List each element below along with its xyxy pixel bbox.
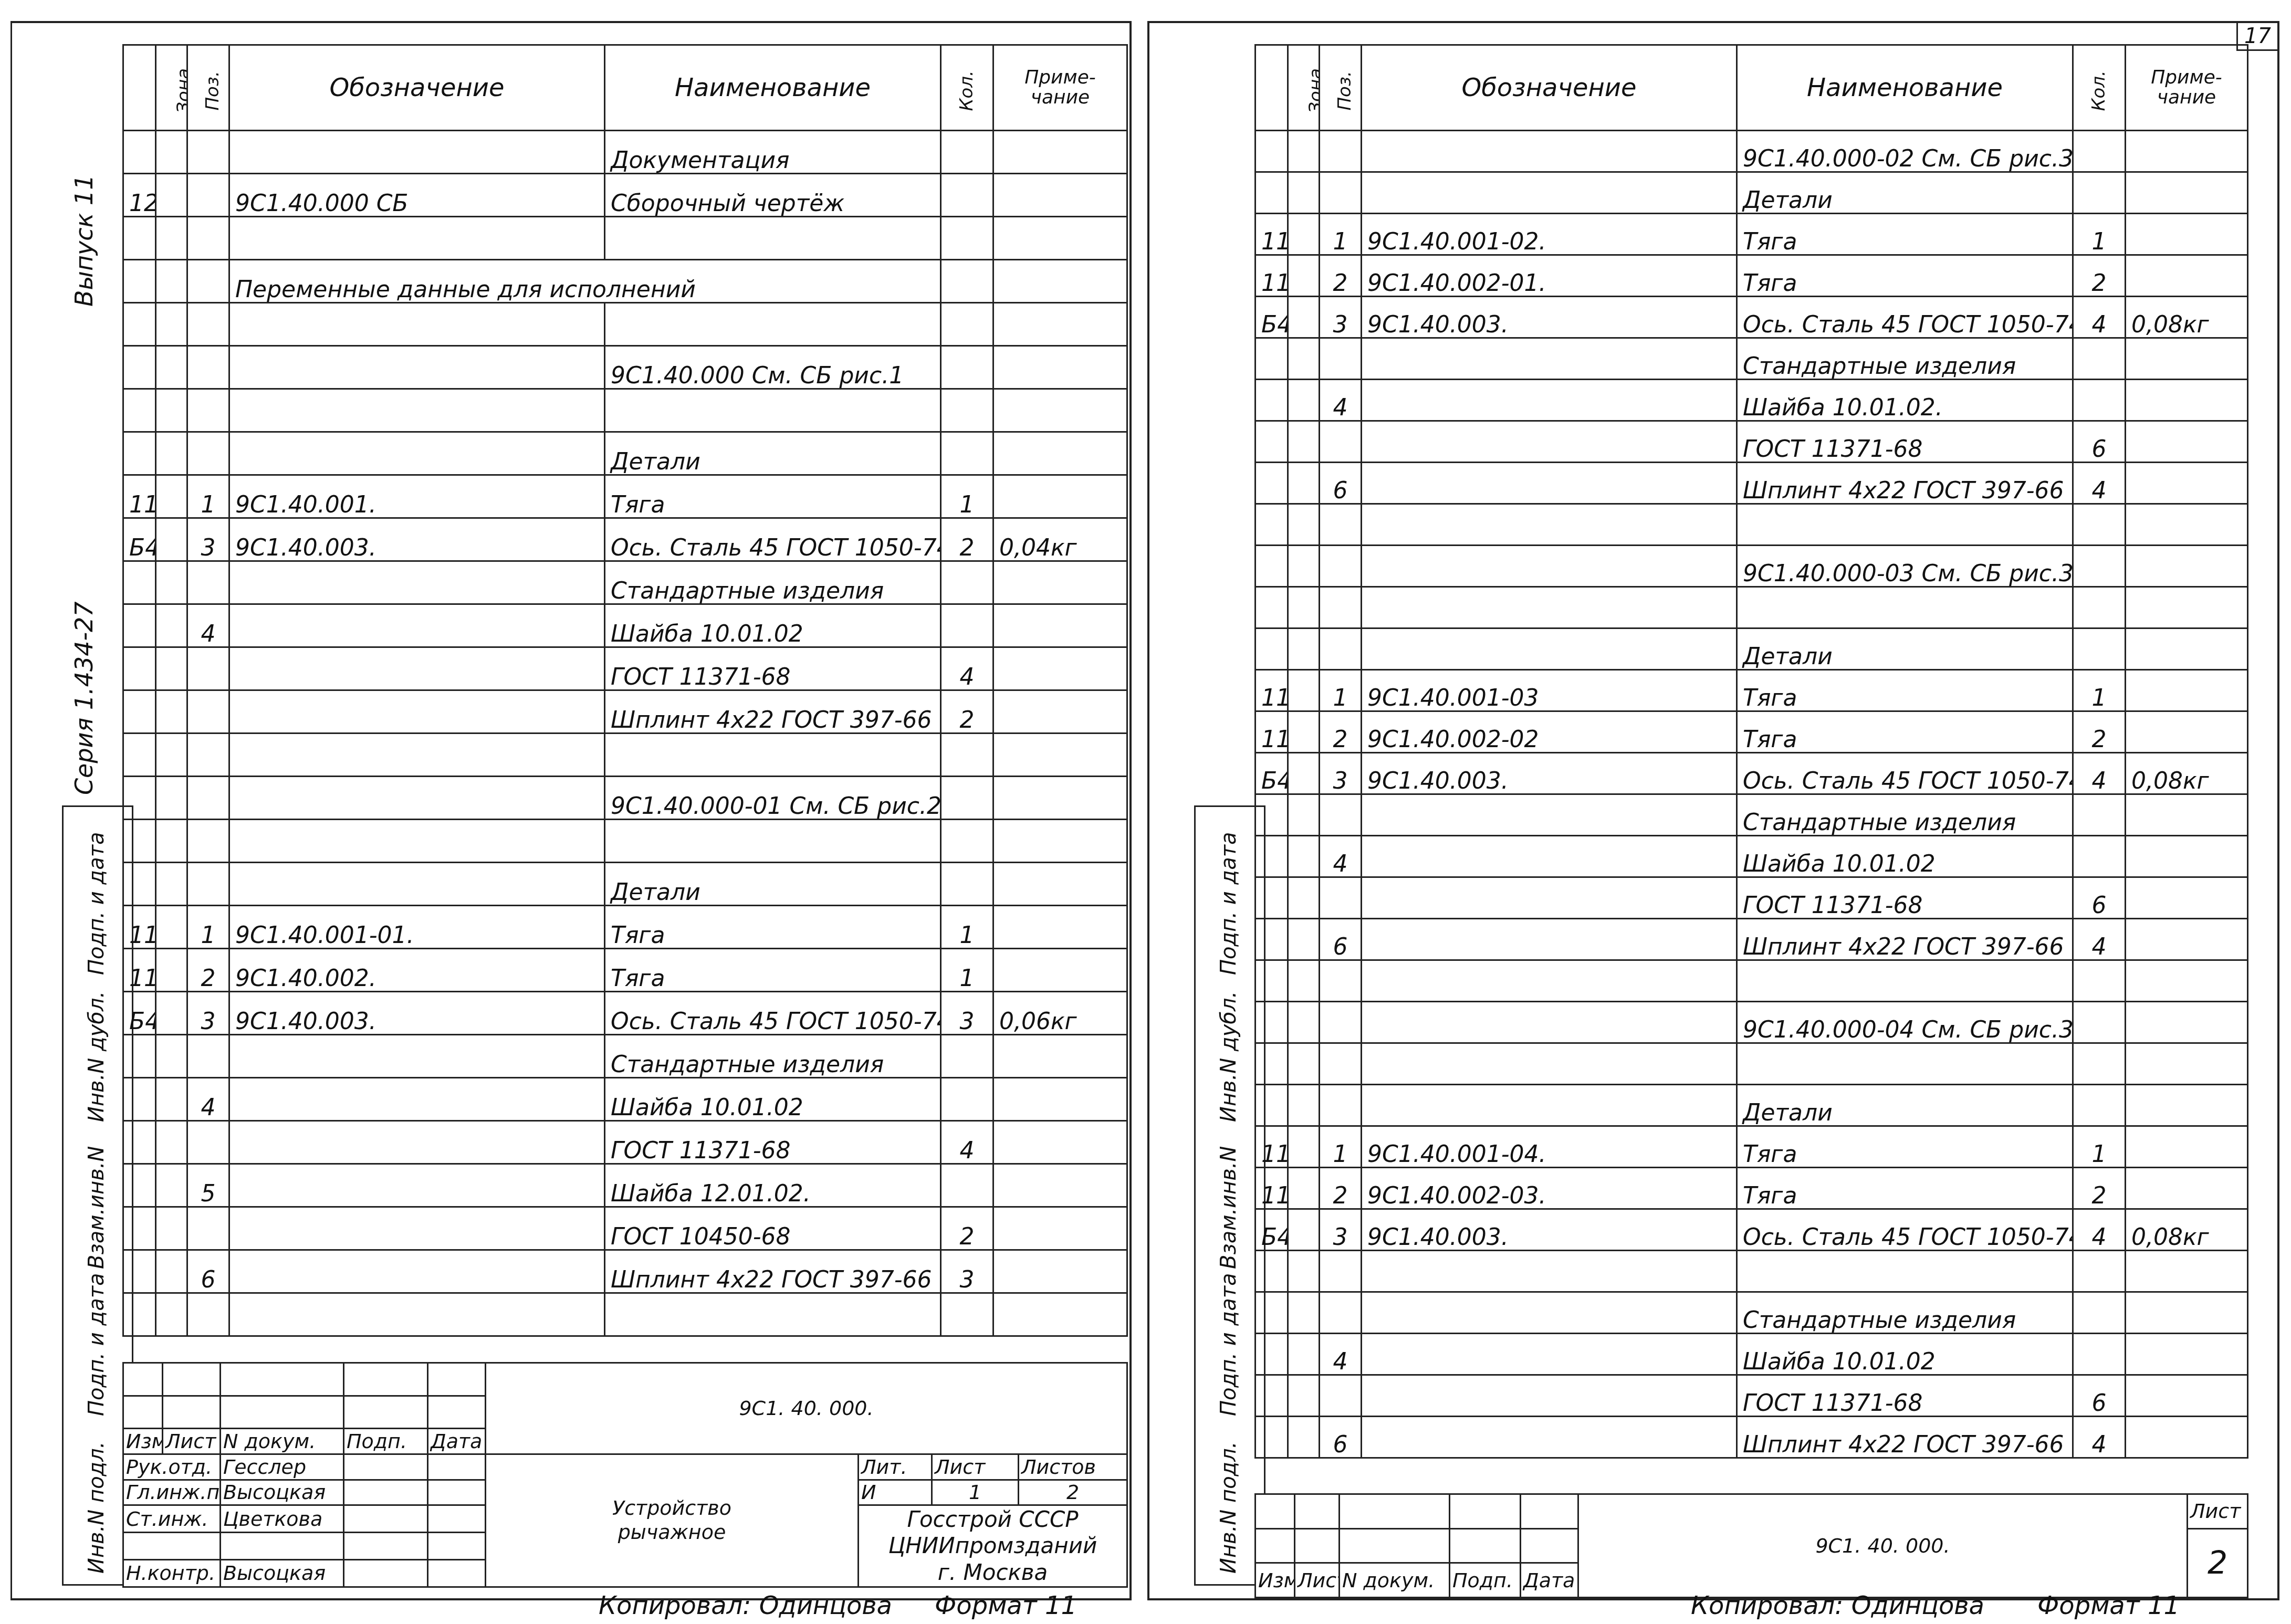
cell-format	[1256, 587, 1288, 628]
table-row: ГОСТ 11371-684	[123, 647, 1127, 690]
cell-format	[1256, 1417, 1288, 1458]
cell-name: Шайба 10.01.02	[1737, 1334, 2073, 1375]
cell-zone	[1288, 1168, 1320, 1209]
table-row: Документация	[123, 131, 1127, 174]
cell-qty: 1	[2073, 670, 2126, 711]
cell-zone	[1288, 1417, 1320, 1458]
cell-designation	[1362, 1334, 1737, 1375]
cell-note	[993, 131, 1127, 174]
cell-designation	[1362, 919, 1737, 960]
cell-zone	[1288, 255, 1320, 297]
cell-qty	[2073, 546, 2126, 587]
cell-qty	[941, 1078, 993, 1121]
cell-note	[2126, 338, 2248, 380]
table-row: Детали	[123, 863, 1127, 906]
cell-zone	[156, 475, 187, 518]
cell-note	[993, 217, 1127, 260]
cell-note	[993, 1293, 1127, 1336]
signer-name: Высоцкая	[221, 1559, 344, 1587]
cell-zone	[1288, 960, 1320, 1002]
table-row: 1129С1.40.002-02Тяга2	[1256, 711, 2248, 753]
cell-format	[1256, 1085, 1288, 1126]
cell-name: Ось. Сталь 45 ГОСТ 1050-74	[605, 518, 941, 561]
cell-qty	[941, 561, 993, 604]
cell-zone	[156, 260, 187, 303]
cell-name: Тяга	[1737, 255, 2073, 297]
cell-designation	[229, 1293, 605, 1336]
cell-qty: 6	[2073, 1375, 2126, 1417]
signer-role: Ст.инж.	[123, 1505, 221, 1533]
cell-designation: 9С1.40.003.	[1362, 753, 1737, 794]
cell-pos: 1	[187, 475, 229, 518]
cell-zone	[156, 1035, 187, 1078]
cell-pos	[1320, 587, 1362, 628]
cell-pos	[1320, 628, 1362, 670]
cell-note: 0,08кг	[2126, 1209, 2248, 1251]
cell-pos	[187, 303, 229, 346]
document-number: 9С1. 40. 000.	[1578, 1494, 2188, 1598]
table-row: Б439С1.40.003.Ось. Сталь 45 ГОСТ 1050-74…	[123, 992, 1127, 1035]
sheets-label: Листов	[1019, 1454, 1127, 1480]
cell-qty: 4	[2073, 1417, 2126, 1458]
cell-name: Детали	[1737, 628, 2073, 670]
cell-format	[123, 260, 156, 303]
cell-designation	[1362, 131, 1737, 172]
cell-note	[2126, 877, 2248, 919]
cell-zone	[156, 303, 187, 346]
cell-zone	[156, 1293, 187, 1336]
specification-table-right: Формат Зона Поз. Обозначение Наименовани…	[1254, 44, 2248, 1459]
cell-qty	[2073, 836, 2126, 877]
cell-note: 0,06кг	[993, 992, 1127, 1035]
cell-name: Шплинт 4х22 ГОСТ 397-66	[605, 1250, 941, 1293]
cell-pos	[187, 690, 229, 734]
cell-format: 11	[123, 475, 156, 518]
header-pos: Поз.	[187, 45, 229, 131]
cell-zone	[156, 906, 187, 949]
cell-designation	[229, 1250, 605, 1293]
cell-pos: 2	[1320, 255, 1362, 297]
table-row: 1119С1.40.001-04.Тяга1	[1256, 1126, 2248, 1168]
cell-pos	[187, 647, 229, 690]
cell-pos	[187, 561, 229, 604]
cell-qty: 1	[2073, 214, 2126, 255]
cell-designation	[229, 1207, 605, 1250]
cell-note	[993, 949, 1127, 992]
cell-format	[123, 1078, 156, 1121]
table-row: 9С1.40.000-03 См. СБ рис.3	[1256, 546, 2248, 587]
cell-zone	[1288, 1002, 1320, 1043]
rev-header: Подп.	[344, 1429, 428, 1454]
cell-designation	[1362, 877, 1737, 919]
cell-name: Тяга	[1737, 1126, 2073, 1168]
cell-zone	[156, 518, 187, 561]
cell-note	[2126, 1043, 2248, 1085]
cell-pos	[187, 820, 229, 863]
cell-name: Ось. Сталь 45 ГОСТ 1050-74	[1737, 753, 2073, 794]
cell-pos	[187, 1207, 229, 1250]
cell-pos	[187, 217, 229, 260]
table-row: 6Шплинт 4х22 ГОСТ 397-663	[123, 1250, 1127, 1293]
cell-pos	[1320, 421, 1362, 463]
cell-name: ГОСТ 10450-68	[605, 1207, 941, 1250]
table-row: 4Шайба 10.01.02	[123, 1078, 1127, 1121]
cell-note	[2126, 463, 2248, 504]
cell-name	[605, 1293, 941, 1336]
rev-header: Дата	[1521, 1563, 1578, 1598]
cell-name: Детали	[1737, 172, 2073, 214]
cell-pos	[187, 432, 229, 475]
cell-qty	[2073, 1292, 2126, 1334]
cell-name: 9С1.40.000-03 См. СБ рис.3	[1737, 546, 2073, 587]
header-format: Формат	[1256, 45, 1288, 131]
cell-format	[1256, 628, 1288, 670]
table-row: Шплинт 4х22 ГОСТ 397-662	[123, 690, 1127, 734]
table-row: Б439С1.40.003.Ось. Сталь 45 ГОСТ 1050-74…	[1256, 297, 2248, 338]
cell-name: Ось. Сталь 45 ГОСТ 1050-74	[1737, 1209, 2073, 1251]
footer-format-left: Формат 11	[935, 1591, 1077, 1620]
cell-note	[2126, 131, 2248, 172]
cell-pos: 2	[187, 949, 229, 992]
cell-format	[1256, 1002, 1288, 1043]
cell-note	[2126, 1168, 2248, 1209]
footer-copied-left: Копировал: Одинцова	[599, 1591, 892, 1620]
cell-note	[993, 820, 1127, 863]
cell-pos	[1320, 546, 1362, 587]
cell-name: ГОСТ 11371-68	[1737, 1375, 2073, 1417]
cell-format: 11	[123, 906, 156, 949]
table-row: Переменные данные для исполнений	[123, 260, 1127, 303]
cell-designation	[229, 131, 605, 174]
cell-pos: 4	[187, 604, 229, 647]
cell-pos	[187, 777, 229, 820]
cell-zone	[1288, 546, 1320, 587]
cell-designation: 9С1.40.001-04.	[1362, 1126, 1737, 1168]
cell-zone	[1288, 794, 1320, 836]
cell-designation	[1362, 587, 1737, 628]
cell-zone	[1288, 753, 1320, 794]
cell-format	[123, 389, 156, 432]
cell-zone	[1288, 919, 1320, 960]
cell-name	[1737, 587, 2073, 628]
cell-qty: 3	[941, 992, 993, 1035]
cell-format	[123, 131, 156, 174]
cell-note: 0,08кг	[2126, 297, 2248, 338]
cell-format	[1256, 172, 1288, 214]
cell-designation	[1362, 380, 1737, 421]
cell-format	[1256, 877, 1288, 919]
cell-zone	[156, 992, 187, 1035]
cell-pos: 1	[1320, 670, 1362, 711]
cell-designation: 9С1.40.003.	[229, 518, 605, 561]
table-row: Стандартные изделия	[123, 1035, 1127, 1078]
table-row: Б439С1.40.003.Ось. Сталь 45 ГОСТ 1050-74…	[123, 518, 1127, 561]
cell-name: Тяга	[1737, 711, 2073, 753]
cell-name: Шайба 10.01.02	[1737, 836, 2073, 877]
table-row	[1256, 587, 2248, 628]
cell-zone	[1288, 214, 1320, 255]
cell-format	[123, 863, 156, 906]
cell-format: 11	[1256, 255, 1288, 297]
table-row: ГОСТ 11371-686	[1256, 421, 2248, 463]
header-designation: Обозначение	[229, 45, 605, 131]
cell-note	[2126, 670, 2248, 711]
cell-format	[1256, 794, 1288, 836]
signer-name: Гесслер	[221, 1454, 344, 1480]
cell-pos: 4	[1320, 380, 1362, 421]
stamp-label: Инв.N подл.	[1217, 1441, 1241, 1574]
cell-format	[123, 1207, 156, 1250]
cell-designation	[1362, 794, 1737, 836]
cell-pos: 4	[1320, 1334, 1362, 1375]
cell-zone	[1288, 172, 1320, 214]
cell-zone	[156, 647, 187, 690]
cell-format	[1256, 338, 1288, 380]
cell-format	[1256, 960, 1288, 1002]
cell-qty	[2073, 587, 2126, 628]
cell-designation	[1362, 1251, 1737, 1292]
cell-name	[1737, 1043, 2073, 1085]
cell-pos	[187, 260, 229, 303]
cell-note	[2126, 587, 2248, 628]
cell-qty: 6	[2073, 421, 2126, 463]
cell-note	[2126, 172, 2248, 214]
table-row: 9С1.40.000 См. СБ рис.1	[123, 346, 1127, 389]
cell-designation	[1362, 836, 1737, 877]
cell-format	[1256, 380, 1288, 421]
cell-qty	[941, 1035, 993, 1078]
cell-zone	[1288, 711, 1320, 753]
cell-format: Б4	[1256, 1209, 1288, 1251]
cell-designation	[1362, 338, 1737, 380]
table-row: 6Шплинт 4х22 ГОСТ 397-664	[1256, 919, 2248, 960]
cell-pos	[1320, 794, 1362, 836]
cell-pos	[187, 174, 229, 217]
table-row: 6Шплинт 4х22 ГОСТ 397-664	[1256, 463, 2248, 504]
cell-qty	[941, 777, 993, 820]
cell-format: 11	[1256, 1168, 1288, 1209]
cell-note	[2126, 836, 2248, 877]
cell-qty: 1	[941, 906, 993, 949]
lit-label: Лит.	[859, 1454, 932, 1480]
footer-copied-right: Копировал: Одинцова	[1691, 1591, 1984, 1620]
cell-note	[993, 1207, 1127, 1250]
cell-zone	[156, 734, 187, 777]
table-row: Детали	[1256, 172, 2248, 214]
cell-zone	[156, 561, 187, 604]
cell-designation	[1362, 1417, 1737, 1458]
header-note: Приме-чание	[993, 45, 1127, 131]
table-row	[1256, 504, 2248, 546]
rev-header: N докум.	[221, 1429, 344, 1454]
cell-note	[993, 647, 1127, 690]
cell-name: Тяга	[605, 949, 941, 992]
cell-pos	[187, 346, 229, 389]
table-row	[1256, 1251, 2248, 1292]
cell-designation: 9С1.40.001-03	[1362, 670, 1737, 711]
cell-pos: 3	[187, 518, 229, 561]
cell-format	[1256, 463, 1288, 504]
table-row	[1256, 960, 2248, 1002]
cell-qty: 2	[941, 690, 993, 734]
cell-zone	[1288, 131, 1320, 172]
header-name: Наименование	[605, 45, 941, 131]
sheet-right: 17 Подп. и дата Инв.N дубл. Взам.инв.N П…	[1147, 21, 2279, 1600]
cell-qty	[941, 432, 993, 475]
cell-qty	[2073, 794, 2126, 836]
rev-header: Изм.	[1256, 1563, 1295, 1598]
cell-pos	[1320, 1043, 1362, 1085]
cell-format	[123, 1164, 156, 1207]
cell-qty: 2	[2073, 711, 2126, 753]
cell-designation	[229, 1035, 605, 1078]
table-row: 9С1.40.000-02 См. СБ рис.3	[1256, 131, 2248, 172]
cell-pos: 6	[1320, 1417, 1362, 1458]
cell-qty	[941, 734, 993, 777]
cell-qty	[941, 217, 993, 260]
cell-note	[993, 1078, 1127, 1121]
cell-format: 11	[1256, 711, 1288, 753]
organization: Госстрой СССРЦНИИпромзданийг. Москва	[859, 1505, 1127, 1587]
cell-zone	[156, 346, 187, 389]
title-block-right: 9С1. 40. 000. Лист 2 Изм. Лист N докум. …	[1254, 1493, 2248, 1598]
table-row: 1119С1.40.001-03Тяга1	[1256, 670, 2248, 711]
cell-format	[123, 303, 156, 346]
cell-designation	[1362, 960, 1737, 1002]
cell-designation: 9С1.40.002-01.	[1362, 255, 1737, 297]
cell-name: ГОСТ 11371-68	[605, 1121, 941, 1164]
header-pos: Поз.	[1320, 45, 1362, 131]
cell-designation	[229, 1121, 605, 1164]
cell-format	[123, 777, 156, 820]
cell-zone	[1288, 587, 1320, 628]
table-row: 1119С1.40.001-02.Тяга1	[1256, 214, 2248, 255]
rev-header: Дата	[428, 1429, 486, 1454]
cell-note	[2126, 1292, 2248, 1334]
cell-name: Тяга	[605, 906, 941, 949]
table-row: ГОСТ 11371-686	[1256, 1375, 2248, 1417]
table-row: Детали	[1256, 1085, 2248, 1126]
cell-qty: 3	[941, 1250, 993, 1293]
cell-pos: 4	[187, 1078, 229, 1121]
cell-designation	[229, 217, 605, 260]
cell-name: Документация	[605, 131, 941, 174]
cell-pos: 6	[1320, 919, 1362, 960]
cell-note	[993, 863, 1127, 906]
cell-qty	[2073, 504, 2126, 546]
cell-pos: 6	[1320, 463, 1362, 504]
cell-name: Стандартные изделия	[605, 561, 941, 604]
cell-zone	[156, 432, 187, 475]
cell-qty	[941, 260, 993, 303]
cell-name: Шайба 10.01.02	[605, 604, 941, 647]
cell-qty	[941, 346, 993, 389]
cell-name: Шплинт 4х22 ГОСТ 397-66	[605, 690, 941, 734]
cell-note	[993, 561, 1127, 604]
cell-zone	[156, 1250, 187, 1293]
table-row	[123, 820, 1127, 863]
cell-qty: 2	[2073, 255, 2126, 297]
cell-pos	[1320, 1085, 1362, 1126]
cell-note	[993, 777, 1127, 820]
cell-note	[2126, 1002, 2248, 1043]
cell-zone	[156, 1121, 187, 1164]
cell-pos	[1320, 877, 1362, 919]
table-row: ГОСТ 11371-686	[1256, 877, 2248, 919]
cell-format: 12	[123, 174, 156, 217]
cell-zone	[156, 690, 187, 734]
cell-note: 0,04кг	[993, 518, 1127, 561]
cell-qty	[941, 863, 993, 906]
signer-role: Н.контр.	[123, 1559, 221, 1587]
cell-designation: 9С1.40.002.	[229, 949, 605, 992]
cell-designation	[1362, 1292, 1737, 1334]
cell-name: 9С1.40.000-02 См. СБ рис.3	[1737, 131, 2073, 172]
cell-pos: 1	[187, 906, 229, 949]
cell-note	[2126, 1251, 2248, 1292]
cell-qty: 2	[941, 1207, 993, 1250]
cell-zone	[1288, 463, 1320, 504]
table-row: Стандартные изделия	[123, 561, 1127, 604]
cell-designation	[1362, 628, 1737, 670]
cell-format	[123, 647, 156, 690]
cell-note	[2126, 1085, 2248, 1126]
cell-note	[2126, 960, 2248, 1002]
cell-zone	[156, 604, 187, 647]
cell-pos: 3	[1320, 297, 1362, 338]
cell-format	[123, 1035, 156, 1078]
cell-name	[1737, 960, 2073, 1002]
cell-designation	[229, 346, 605, 389]
cell-pos	[1320, 172, 1362, 214]
table-row: 1129С1.40.002-01.Тяга2	[1256, 255, 2248, 297]
cell-name	[605, 734, 941, 777]
cell-name: 9С1.40.000-01 См. СБ рис.2	[605, 777, 941, 820]
cell-designation	[229, 1078, 605, 1121]
table-row: 9С1.40.000-04 См. СБ рис.3	[1256, 1002, 2248, 1043]
stamp-label: Взам.инв.N	[1217, 1146, 1241, 1269]
cell-name	[1737, 504, 2073, 546]
cell-pos: 4	[1320, 836, 1362, 877]
cell-note	[993, 475, 1127, 518]
cell-zone	[156, 949, 187, 992]
cell-qty	[2073, 338, 2126, 380]
cell-name: Стандартные изделия	[605, 1035, 941, 1078]
cell-pos	[187, 863, 229, 906]
table-row: 1129С1.40.002-03.Тяга2	[1256, 1168, 2248, 1209]
cell-note	[993, 1250, 1127, 1293]
cell-qty: 4	[2073, 463, 2126, 504]
cell-designation	[229, 389, 605, 432]
cell-qty: 4	[2073, 297, 2126, 338]
cell-pos: 2	[1320, 711, 1362, 753]
cell-name: ГОСТ 11371-68	[1737, 877, 2073, 919]
stamp-label: Подп. и дата	[85, 1273, 109, 1416]
cell-pos	[1320, 338, 1362, 380]
rev-header: Изм.	[123, 1429, 163, 1454]
cell-name: Шайба 10.01.02	[605, 1078, 941, 1121]
footer-format-right: Формат 11	[2037, 1591, 2180, 1620]
cell-qty: 2	[2073, 1168, 2126, 1209]
table-row: Б439С1.40.003.Ось. Сталь 45 ГОСТ 1050-74…	[1256, 753, 2248, 794]
table-row: 4Шайба 10.01.02.	[1256, 380, 2248, 421]
cell-note	[993, 690, 1127, 734]
cell-note	[2126, 380, 2248, 421]
cell-designation	[229, 690, 605, 734]
cell-name: Детали	[605, 432, 941, 475]
cell-designation	[1362, 1002, 1737, 1043]
cell-designation: 9С1.40.002-03.	[1362, 1168, 1737, 1209]
